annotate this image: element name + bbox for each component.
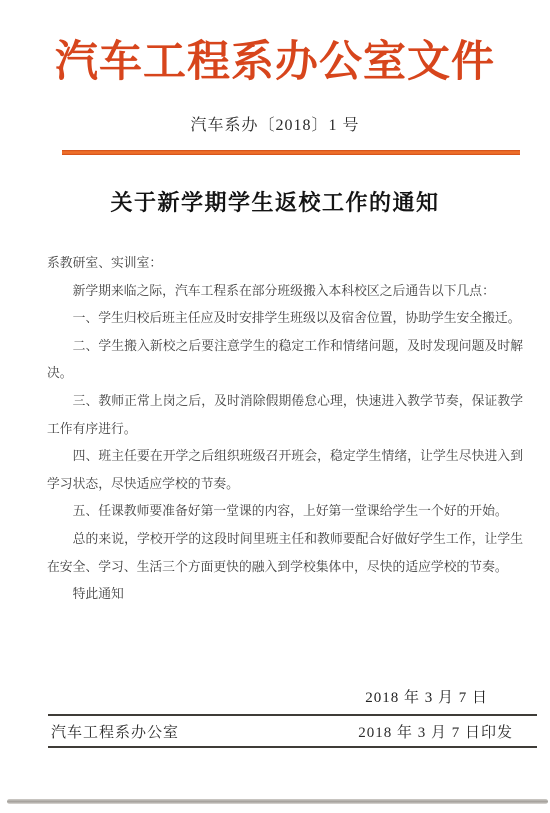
print-date: 2018 年 3 月 7 日印发 (358, 721, 513, 742)
paragraph-point-3: 三、教师正常上岗之后，及时消除假期倦怠心理，快速进入教学节奏，保证教学工作有序进… (47, 388, 523, 443)
issuing-office: 汽车工程系办公室 (51, 721, 179, 742)
document-title: 关于新学期学生返校工作的通知 (0, 186, 550, 217)
paragraph-summary: 总的来说，学校开学的这段时间里班主任和教师要配合好做好学生工作，让学生在安全、学… (47, 526, 523, 581)
letterhead-title: 汽车工程系办公室文件 (0, 28, 550, 89)
paragraph-point-4: 四、班主任要在开学之后组织班级召开班会，稳定学生情绪，让学生尽快进入到学习状态，… (47, 443, 523, 498)
header-divider-line (62, 150, 520, 155)
document-number: 汽车系办〔2018〕1 号 (0, 112, 550, 135)
document-page: 汽车工程系办公室文件 汽车系办〔2018〕1 号 关于新学期学生返校工作的通知 … (0, 0, 550, 813)
salutation: 系教研室、实训室： (47, 250, 523, 278)
signature-date: 2018 年 3 月 7 日 (365, 686, 488, 707)
paragraph-point-5: 五、任课教师要准备好第一堂课的内容，上好第一堂课给学生一个好的开始。 (47, 498, 523, 526)
footer-rule-bottom (48, 746, 537, 748)
page-bottom-edge-shadow (7, 799, 548, 804)
paragraph-point-2: 二、学生搬入新校之后要注意学生的稳定工作和情绪问题，及时发现问题及时解决。 (47, 333, 523, 388)
closing-note: 特此通知 (47, 581, 523, 609)
paragraph-intro: 新学期来临之际，汽车工程系在部分班级搬入本科校区之后通告以下几点： (47, 278, 523, 306)
document-body: 系教研室、实训室： 新学期来临之际，汽车工程系在部分班级搬入本科校区之后通告以下… (47, 250, 523, 609)
footer-row: 汽车工程系办公室 2018 年 3 月 7 日印发 (48, 716, 537, 746)
paragraph-point-1: 一、学生归校后班主任应及时安排学生班级以及宿舍位置，协助学生安全搬迁。 (47, 305, 523, 333)
document-footer: 汽车工程系办公室 2018 年 3 月 7 日印发 (48, 714, 537, 748)
